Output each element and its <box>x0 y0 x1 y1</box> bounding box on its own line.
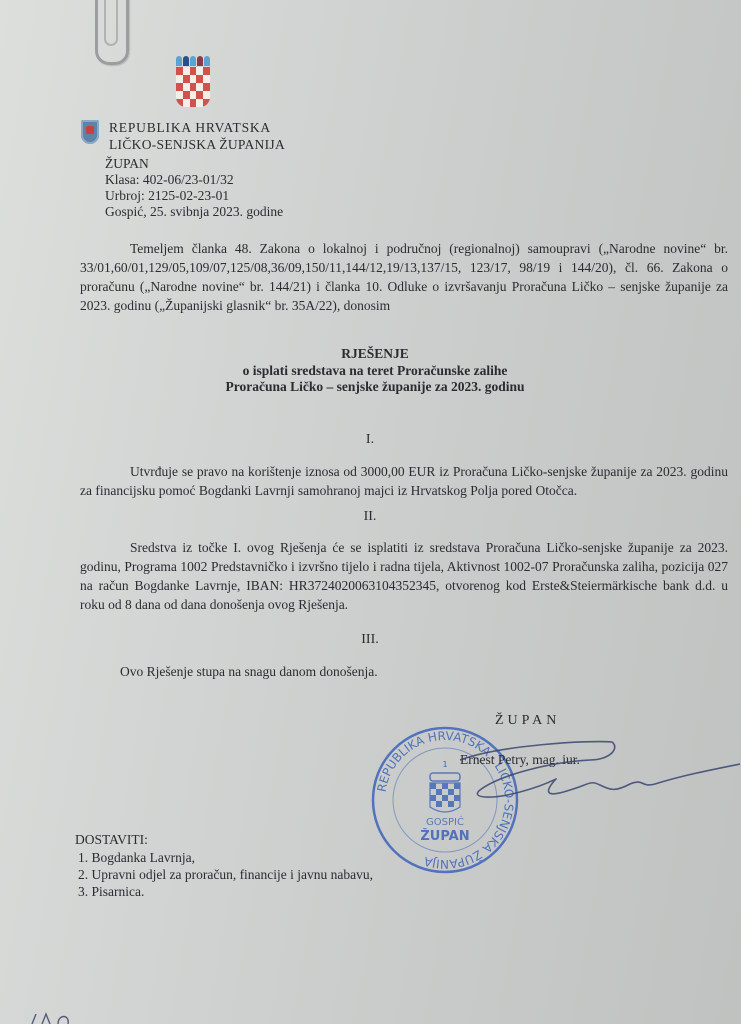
list-item: 3. Pisarnica. <box>78 883 373 900</box>
distribution-heading: DOSTAVITI: <box>75 831 148 848</box>
paperclip <box>95 0 129 65</box>
handwritten-signature-icon <box>440 740 740 820</box>
header-office: ŽUPAN <box>105 155 149 172</box>
document-page: REPUBLIKA HRVATSKA LIČKO-SENJSKA ŽUPANIJ… <box>0 0 741 1024</box>
header-county: LIČKO-SENJSKA ŽUPANIJA <box>109 136 285 153</box>
list-item: 2. Upravni odjel za proračun, financije … <box>78 866 373 883</box>
svg-text:ŽUPAN: ŽUPAN <box>420 828 469 844</box>
section-number-3: III. <box>340 632 400 648</box>
list-item: 1. Bogdanka Lavrnja, <box>78 849 373 866</box>
distribution-list: 1. Bogdanka Lavrnja, 2. Upravni odjel za… <box>78 849 373 900</box>
intro-paragraph: Temeljem članka 48. Zakona o lokalnoj i … <box>80 239 728 315</box>
handwritten-mark-icon <box>28 1010 88 1024</box>
header-place-date: Gospić, 25. svibnja 2023. godine <box>105 203 283 220</box>
header-klasa: Klasa: 402-06/23-01/32 <box>105 171 234 188</box>
county-crest-icon <box>81 120 99 144</box>
header-country: REPUBLIKA HRVATSKA <box>109 119 271 136</box>
section-text-2: Sredstva iz točke I. ovog Rješenja će se… <box>80 538 728 614</box>
header-urbroj: Urbroj: 2125-02-23-01 <box>105 187 229 204</box>
document-subtitle-line2: Proračuna Ličko – senjske županije za 20… <box>150 378 600 395</box>
document-subtitle-line1: o isplati sredstava na teret Proračunske… <box>150 362 600 379</box>
section-number-1: I. <box>340 432 400 448</box>
croatian-coat-of-arms-icon <box>176 56 210 108</box>
section-number-2: II. <box>340 509 400 525</box>
section-text-1: Utvrđuje se pravo na korištenje iznosa o… <box>80 462 728 500</box>
section-text-3: Ovo Rješenje stupa na snagu danom donoše… <box>120 664 378 680</box>
document-title: RJEŠENJE <box>150 345 600 362</box>
